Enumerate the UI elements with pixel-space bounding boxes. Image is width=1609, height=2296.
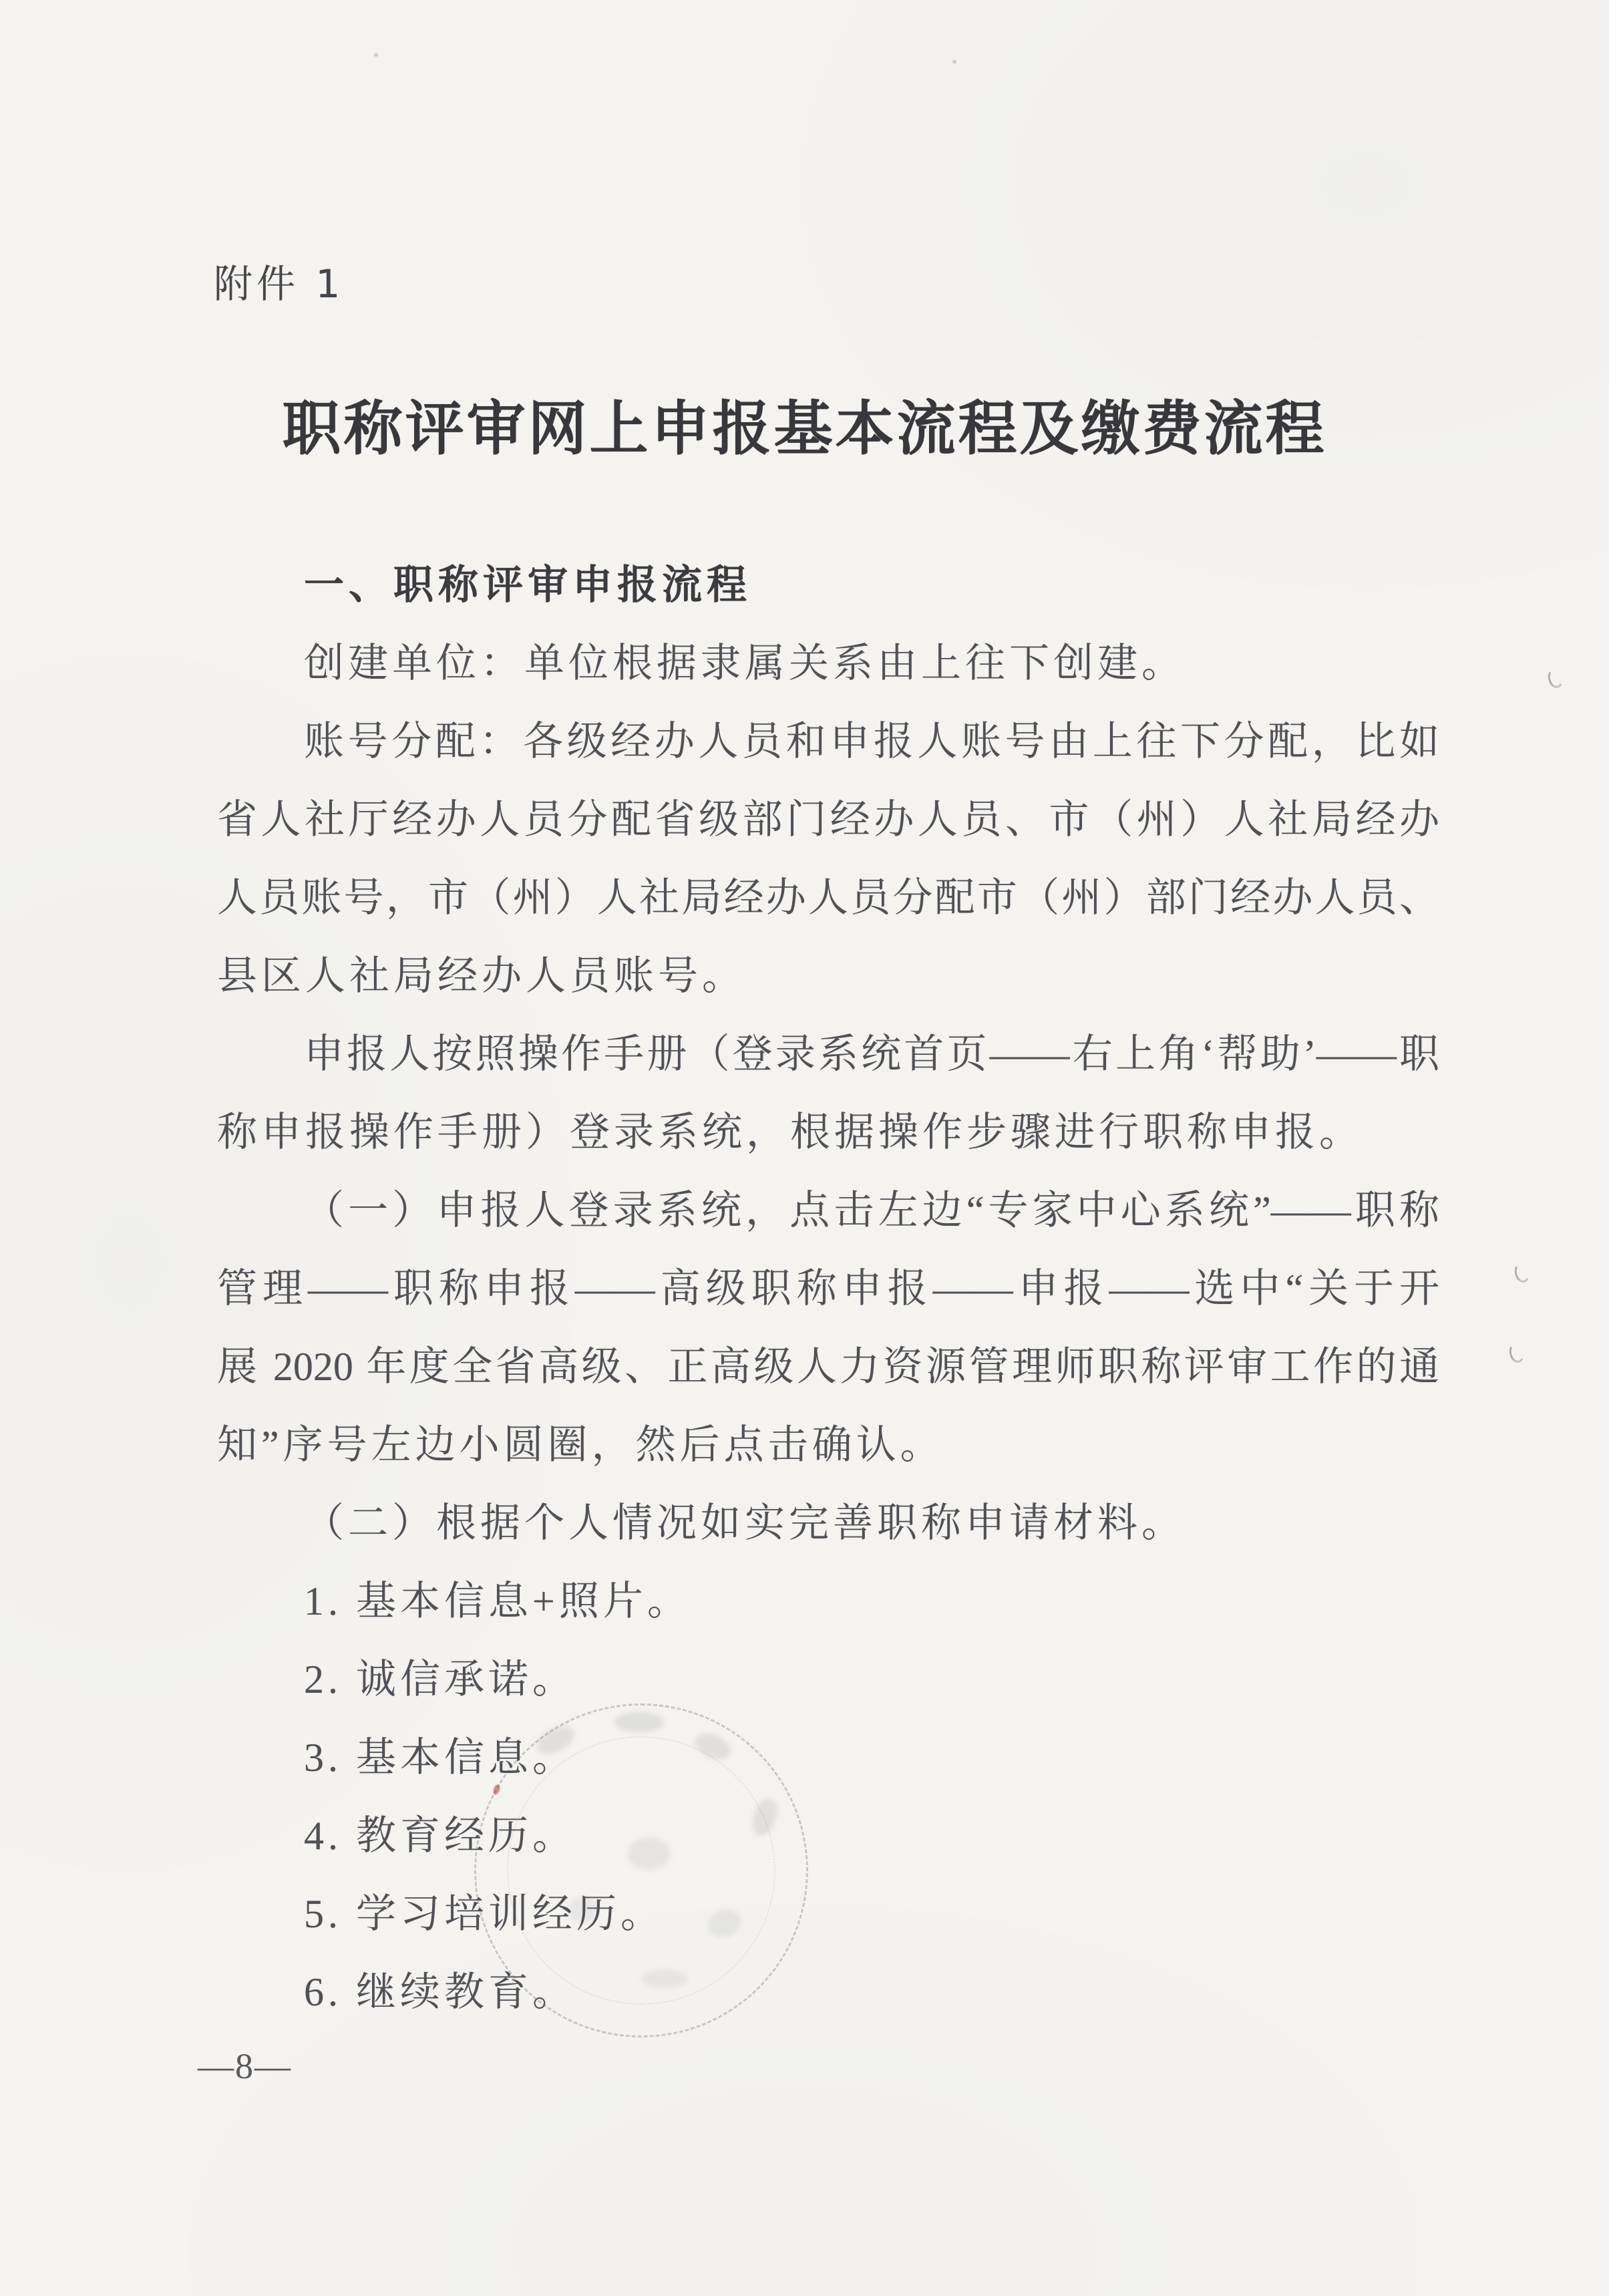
text-line: 称申报操作手册）登录系统，根据操作步骤进行职称申报。 (217, 1094, 1439, 1172)
page-number: —8— (198, 2045, 292, 2087)
text-line: 6. 继续教育。 (217, 1953, 1439, 2031)
text-line: 展 2020 年度全省高级、正高级人力资源管理师职称评审工作的通 (217, 1328, 1439, 1406)
document-body: 一、职称评审申报流程创建单位：单位根据隶属关系由上往下创建。账号分配：各级经办人… (217, 546, 1439, 2031)
scan-artifact (374, 53, 378, 57)
text-line: 3. 基本信息。 (217, 1719, 1439, 1797)
text-line: 管理——职称申报——高级职称申报——申报——选中“关于开 (217, 1250, 1439, 1328)
text-line: （二）根据个人情况如实完善职称申请材料。 (217, 1484, 1439, 1563)
text-line: 2. 诚信承诺。 (217, 1641, 1439, 1719)
text-line: 知”序号左边小圆圈，然后点击确认。 (217, 1406, 1439, 1484)
text-line: 4. 教育经历。 (217, 1797, 1439, 1875)
text-line: 申报人按照操作手册（登录系统首页——右上角‘帮助’——职 (217, 1015, 1439, 1094)
text-line: 账号分配：各级经办人员和申报人账号由上往下分配，比如 (217, 703, 1439, 781)
document-title: 职称评审网上申报基本流程及缴费流程 (0, 382, 1609, 466)
scan-artifact (1507, 1341, 1526, 1364)
text-line: 5. 学习培训经历。 (217, 1875, 1439, 1953)
attachment-label: 附件 1 (214, 253, 344, 309)
section-heading: 一、职称评审申报流程 (217, 546, 1439, 625)
text-line: 1. 基本信息+照片。 (217, 1563, 1439, 1641)
scan-artifact (1546, 667, 1565, 689)
text-line: 县区人社局经办人员账号。 (217, 937, 1439, 1015)
text-line: 省人社厅经办人员分配省级部门经办人员、市（州）人社局经办 (217, 781, 1439, 859)
document-page: { "page": { "attachment_label": "附件 1", … (0, 0, 1609, 2296)
text-line: 创建单位：单位根据隶属关系由上往下创建。 (217, 625, 1439, 703)
text-line: 人员账号，市（州）人社局经办人员分配市（州）部门经办人员、 (217, 859, 1439, 937)
scan-artifact (952, 60, 956, 63)
scan-artifact (1513, 1261, 1532, 1284)
text-line: （一）申报人登录系统，点击左边“专家中心系统”——职称 (217, 1172, 1439, 1250)
